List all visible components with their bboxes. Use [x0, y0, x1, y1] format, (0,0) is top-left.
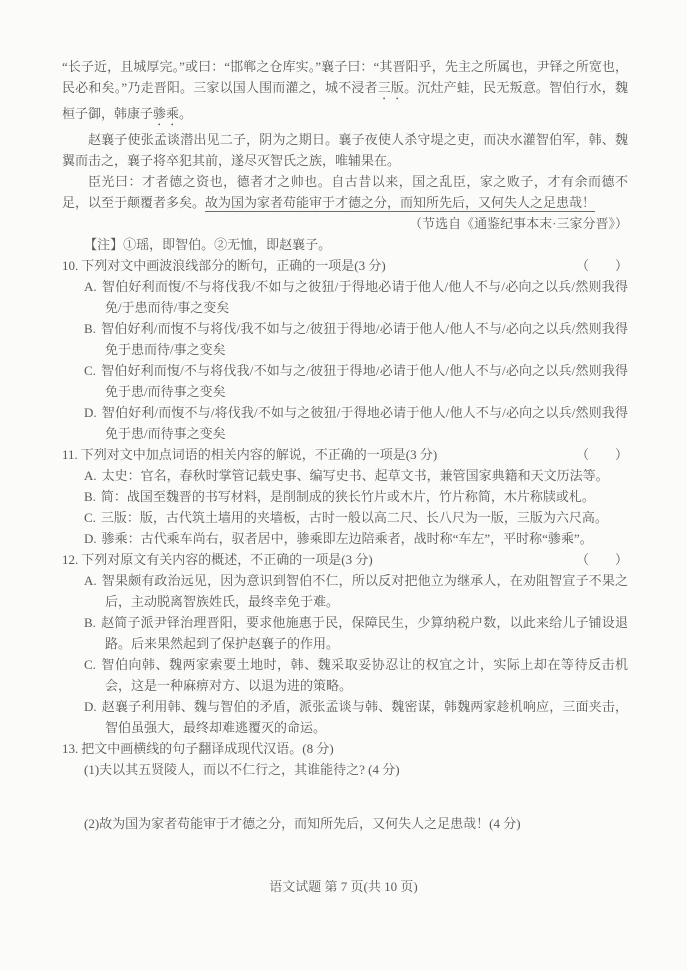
option-text: 赵简子派尹铎治理晋阳，要求他施惠于民，保障民生，少算纳税户数，以此来给儿子铺设退… — [101, 615, 628, 651]
question-stem-text: 下列对文中画波浪线部分的断句，正确的一项是(3 分) — [81, 258, 385, 273]
option-label: A. — [84, 468, 97, 483]
question-number: 10. — [62, 258, 78, 273]
question-10-option-c: C.智伯好利而愎/不与将伐我/不如与之/彼狃于得地/必请于他人/他人不与/必向之… — [62, 360, 628, 402]
question-12-stem-row: 12.下列对原文有关内容的概述，不正确的一项是(3 分) （ ） — [62, 549, 628, 570]
answer-bracket: （ ） — [576, 255, 628, 276]
question-number: 13. — [62, 741, 78, 756]
passage-text: 。 — [179, 106, 192, 121]
question-13: 13.把文中画横线的句子翻译成现代汉语。(8 分) (1)夫以其五贤陵人，而以不… — [62, 738, 628, 834]
question-10-option-b: B.智伯好利/而愎不与将伐/我不如与之/彼狃于得地/必请于他人/他人不与/必向之… — [62, 318, 628, 360]
question-13-stem: 13.把文中画横线的句子翻译成现代汉语。(8 分) — [62, 738, 628, 759]
option-label: B. — [84, 321, 96, 336]
passage-note: 【注】①瑶，即智伯。②无恤，即赵襄子。 — [62, 234, 628, 255]
option-label: C. — [84, 363, 96, 378]
question-11-option-d: D.骖乘：古代乘车尚右，驭者居中，骖乘即左边陪乘者，战时称“车左”，平时称“骖乘… — [62, 528, 628, 549]
question-11-stem-row: 11.下列对文中加点词语的相关内容的解说，不正确的一项是(3 分) （ ） — [62, 444, 628, 465]
question-10: 10.下列对文中画波浪线部分的断句，正确的一项是(3 分) （ ） A.智伯好利… — [62, 255, 628, 444]
question-10-option-a: A.智伯好利而愎/不与将伐我/不如与之彼狃/于得地必请于他人/他人不与/必向之以… — [62, 276, 628, 318]
question-stem-text: 把文中画横线的句子翻译成现代汉语。(8 分) — [81, 741, 333, 756]
question-stem-text: 下列对原文有关内容的概述，不正确的一项是(3 分) — [81, 552, 372, 567]
option-label: A. — [84, 279, 97, 294]
answer-bracket: （ ） — [576, 549, 628, 570]
option-label: D. — [84, 531, 97, 546]
question-11-option-a: A.太史：官名，春秋时掌管记载史事、编写史书、起草文书，兼管国家典籍和天文历法等… — [62, 465, 628, 486]
question-13-sub-2: (2)故为国为家者苟能审于才德之分，而知所先后，又何失人之足患哉！(4 分) — [84, 813, 628, 834]
question-12: 12.下列对原文有关内容的概述，不正确的一项是(3 分) （ ） A.智果颇有政… — [62, 549, 628, 738]
option-text: 赵襄子利用韩、魏与智伯的矛盾，派张孟谈与韩、魏密谋，韩魏两家趁机响应，三面夹击，… — [102, 699, 628, 735]
option-label: A. — [84, 573, 97, 588]
passage-paragraph-1: “长子近，且城厚完。”或曰：“邯郸之仓库实。”襄子曰：“其晋阳乎，先主之所属也，… — [62, 56, 628, 129]
answer-bracket: （ ） — [576, 444, 628, 465]
question-10-stem: 10.下列对文中画波浪线部分的断句，正确的一项是(3 分) — [62, 255, 576, 276]
page-footer: 语文试题 第 7 页(共 10 页) — [0, 876, 687, 895]
question-12-option-b: B.赵简子派尹铎治理晋阳，要求他施惠于民，保障民生，少算纳税户数，以此来给儿子铺… — [62, 612, 628, 654]
option-text: 智伯好利/而愎不与将伐/我不如与之/彼狃于得地/必请于他人/他人不与/必向之以兵… — [101, 321, 628, 357]
question-13-stem-row: 13.把文中画横线的句子翻译成现代汉语。(8 分) — [62, 738, 628, 759]
emphasized-term-sanban: 三版 — [378, 80, 404, 95]
option-text: 简：战国至魏晋的书写材料，是削制成的狭长竹片或木片，竹片称简，木片称牍或札。 — [101, 489, 595, 504]
option-label: B. — [84, 615, 96, 630]
exam-paper-page: “长子近，且城厚完。”或曰：“邯郸之仓库实。”襄子曰：“其晋阳乎，先主之所属也，… — [0, 0, 687, 971]
option-text: 智伯好利/而愎不与/将伐我/不如与之彼狃/于得地必请于他人/他人不与/必向之以兵… — [102, 405, 628, 441]
option-text: 智伯好利而愎/不与将伐我/不如与之/彼狃于得地/必请于他人/他人不与/必向之以兵… — [101, 363, 628, 399]
question-11-stem: 11.下列对文中加点词语的相关内容的解说，不正确的一项是(3 分) — [62, 444, 576, 465]
question-number: 12. — [62, 552, 78, 567]
option-label: D. — [84, 699, 97, 714]
passage-paragraph-2: 赵襄子使张孟谈潜出见二子，阴为之期日。襄子夜使人杀守堤之吏，而决水灌智伯军，韩、… — [62, 129, 628, 171]
option-text: 三版：版，古代筑土墙用的夹墙板，古时一般以高二尺、长八尺为一版，三版为六尺高。 — [101, 510, 608, 525]
option-label: C. — [84, 510, 96, 525]
option-text: 太史：官名，春秋时掌管记载史事、编写史书、起草文书，兼管国家典籍和天文历法等。 — [102, 468, 609, 483]
question-12-stem: 12.下列对原文有关内容的概述，不正确的一项是(3 分) — [62, 549, 576, 570]
question-10-stem-row: 10.下列对文中画波浪线部分的断句，正确的一项是(3 分) （ ） — [62, 255, 628, 276]
option-label: B. — [84, 489, 96, 504]
question-11: 11.下列对文中加点词语的相关内容的解说，不正确的一项是(3 分) （ ） A.… — [62, 444, 628, 549]
question-11-option-b: B.简：战国至魏晋的书写材料，是削制成的狭长竹片或木片，竹片称简，木片称牍或札。 — [62, 486, 628, 507]
page-content: “长子近，且城厚完。”或曰：“邯郸之仓库实。”襄子曰：“其晋阳乎，先主之所属也，… — [62, 56, 628, 834]
option-text: 智果颇有政治远见，因为意识到智伯不仁，所以反对把他立为继承人，在劝阻智宣子不果之… — [102, 573, 628, 609]
option-text: 智伯好利而愎/不与将伐我/不如与之彼狃/于得地必请于他人/他人不与/必向之以兵/… — [102, 279, 628, 315]
question-11-option-c: C.三版：版，古代筑土墙用的夹墙板，古时一般以高二尺、长八尺为一版，三版为六尺高… — [62, 507, 628, 528]
question-10-option-d: D.智伯好利/而愎不与/将伐我/不如与之彼狃/于得地必请于他人/他人不与/必向之… — [62, 402, 628, 444]
question-number: 11. — [62, 447, 78, 462]
option-label: C. — [84, 657, 96, 672]
question-12-option-a: A.智果颇有政治远见，因为意识到智伯不仁，所以反对把他立为继承人，在劝阻智宣子不… — [62, 570, 628, 612]
passage-source-attribution: （节选自《通鉴纪事本末·三家分晋》） — [62, 213, 628, 234]
question-12-option-c: C.智伯向韩、魏两家索要土地时，韩、魏采取妥协忍让的权宜之计，实际上却在等待反击… — [62, 654, 628, 696]
question-12-option-d: D.赵襄子利用韩、魏与智伯的矛盾，派张孟谈与韩、魏密谋，韩魏两家趁机响应，三面夹… — [62, 696, 628, 738]
question-13-sub-1: (1)夫以其五贤陵人，而以不仁行之，其谁能待之? (4 分) — [84, 759, 628, 780]
option-label: D. — [84, 405, 97, 420]
passage-paragraph-3: 臣光曰：才者德之资也，德者才之帅也。自古昔以来，国之乱臣，家之败子，才有余而德不… — [62, 171, 628, 213]
option-text: 智伯向韩、魏两家索要土地时，韩、魏采取妥协忍让的权宜之计，实际上却在等待反击机会… — [101, 657, 628, 693]
question-stem-text: 下列对文中加点词语的相关内容的解说，不正确的一项是(3 分) — [81, 447, 437, 462]
underlined-sentence: 故为国为家者苟能审于才德之分，而知所先后，又何失人之足患哉！ — [205, 195, 595, 212]
option-text: 骖乘：古代乘车尚右，驭者居中，骖乘即左边陪乘者，战时称“车左”，平时称“骖乘”。 — [102, 531, 593, 546]
emphasized-term-cansheng: 骖乘 — [153, 106, 179, 121]
